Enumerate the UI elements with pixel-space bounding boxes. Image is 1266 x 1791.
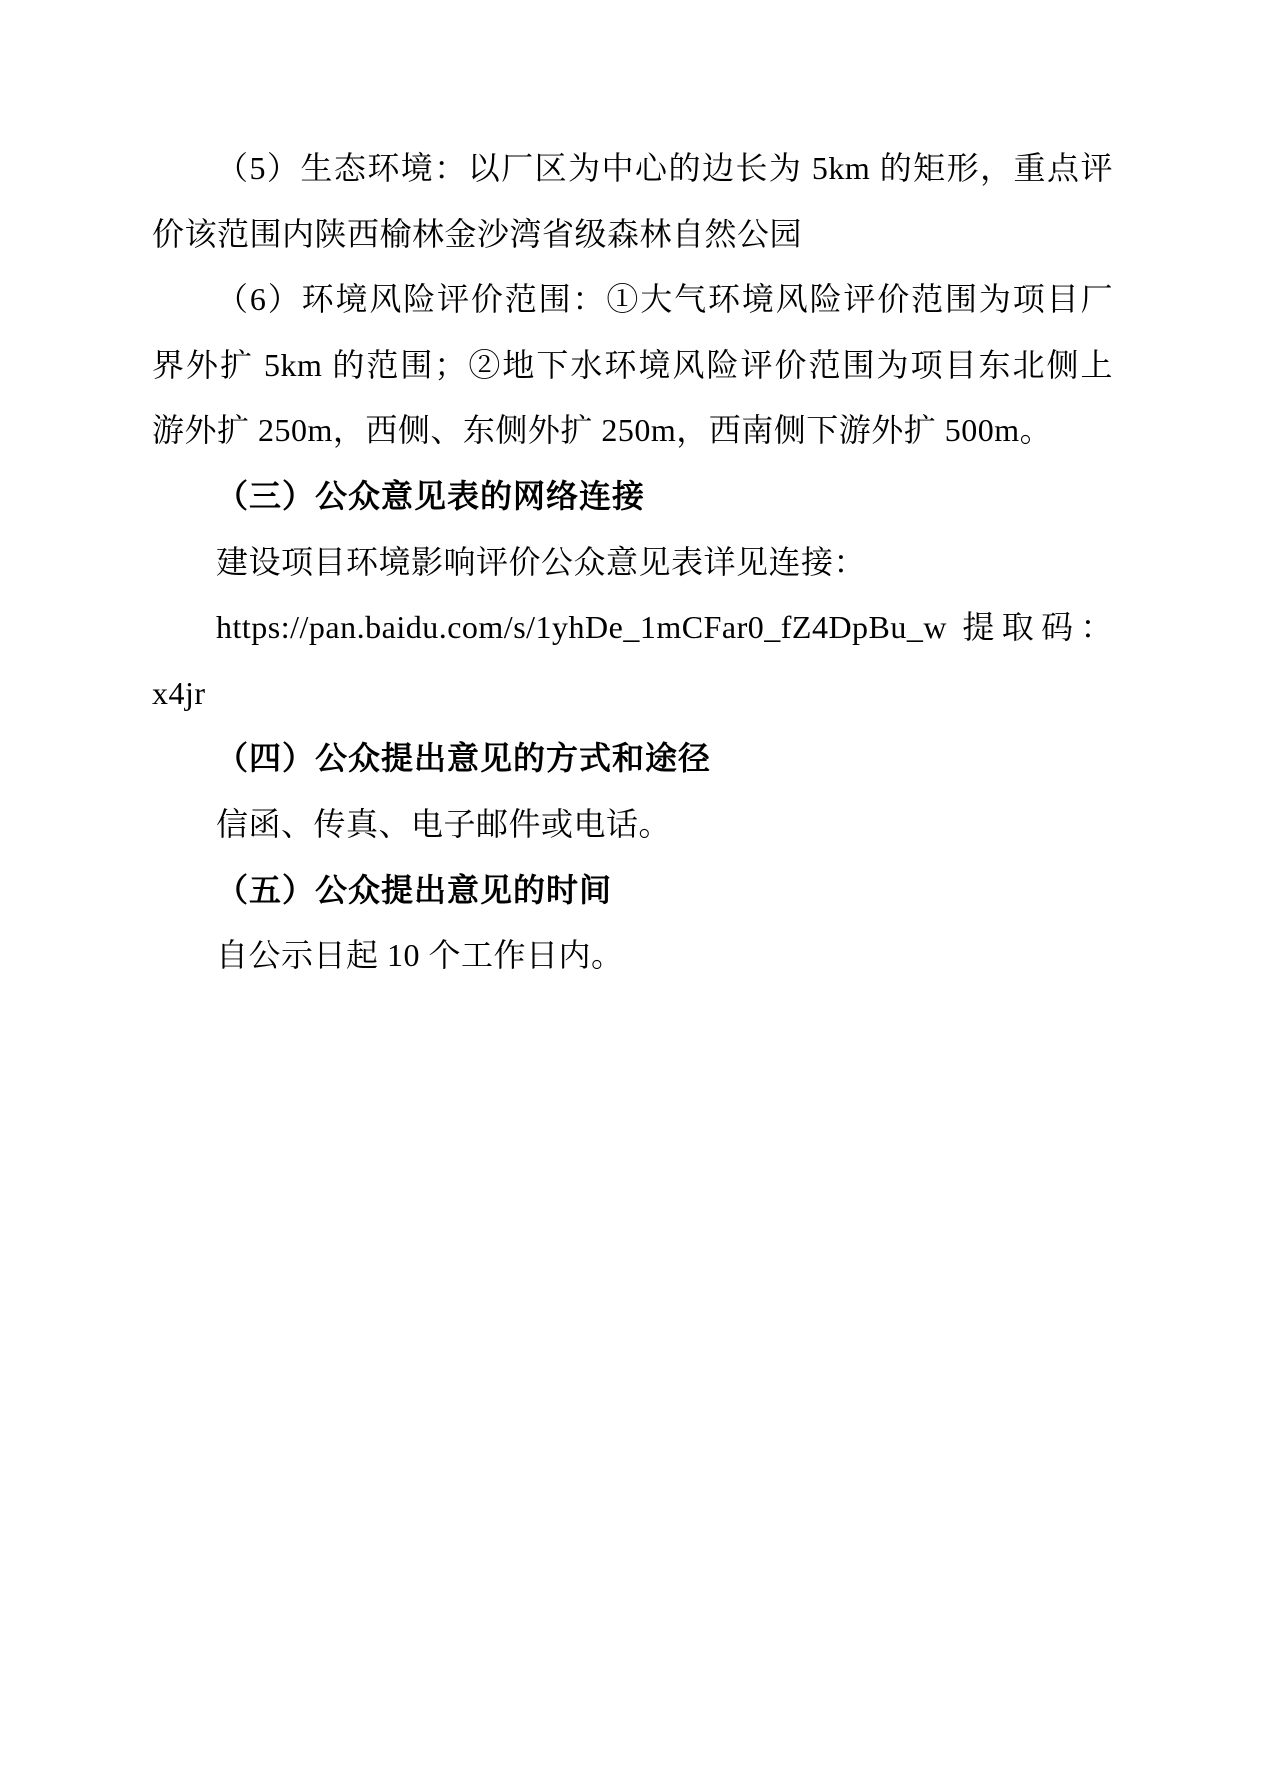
baidu-pan-link: https://pan.baidu.com/s/1yhDe_1mCFar0_fZ… [152, 595, 1113, 661]
section-heading-3: （三）公众意见表的网络连接 [152, 464, 1113, 530]
paragraph-line: 游外扩 250m，西侧、东侧外扩 250m，西南侧下游外扩 500m。 [152, 398, 1113, 464]
section-heading-5: （五）公众提出意见的时间 [152, 858, 1113, 924]
document-page: （5）生态环境：以厂区为中心的边长为 5km 的矩形，重点评 价该范围内陕西榆林… [0, 0, 1266, 1791]
paragraph-line: 界外扩 5km 的范围；②地下水环境风险评价范围为项目东北侧上 [152, 333, 1113, 399]
paragraph-line: （5）生态环境：以厂区为中心的边长为 5km 的矩形，重点评 [152, 136, 1113, 202]
document-text-block: （5）生态环境：以厂区为中心的边长为 5km 的矩形，重点评 价该范围内陕西榆林… [152, 136, 1113, 989]
paragraph-line: 信函、传真、电子邮件或电话。 [152, 792, 1113, 858]
extraction-code: x4jr [152, 661, 1113, 727]
section-heading-4: （四）公众提出意见的方式和途径 [152, 726, 1113, 792]
paragraph-line: 建设项目环境影响评价公众意见表详见连接： [152, 530, 1113, 596]
paragraph-line: 价该范围内陕西榆林金沙湾省级森林自然公园 [152, 202, 1113, 268]
paragraph-line: 自公示日起 10 个工作日内。 [152, 923, 1113, 989]
paragraph-line: （6）环境风险评价范围：①大气环境风险评价范围为项目厂 [152, 267, 1113, 333]
